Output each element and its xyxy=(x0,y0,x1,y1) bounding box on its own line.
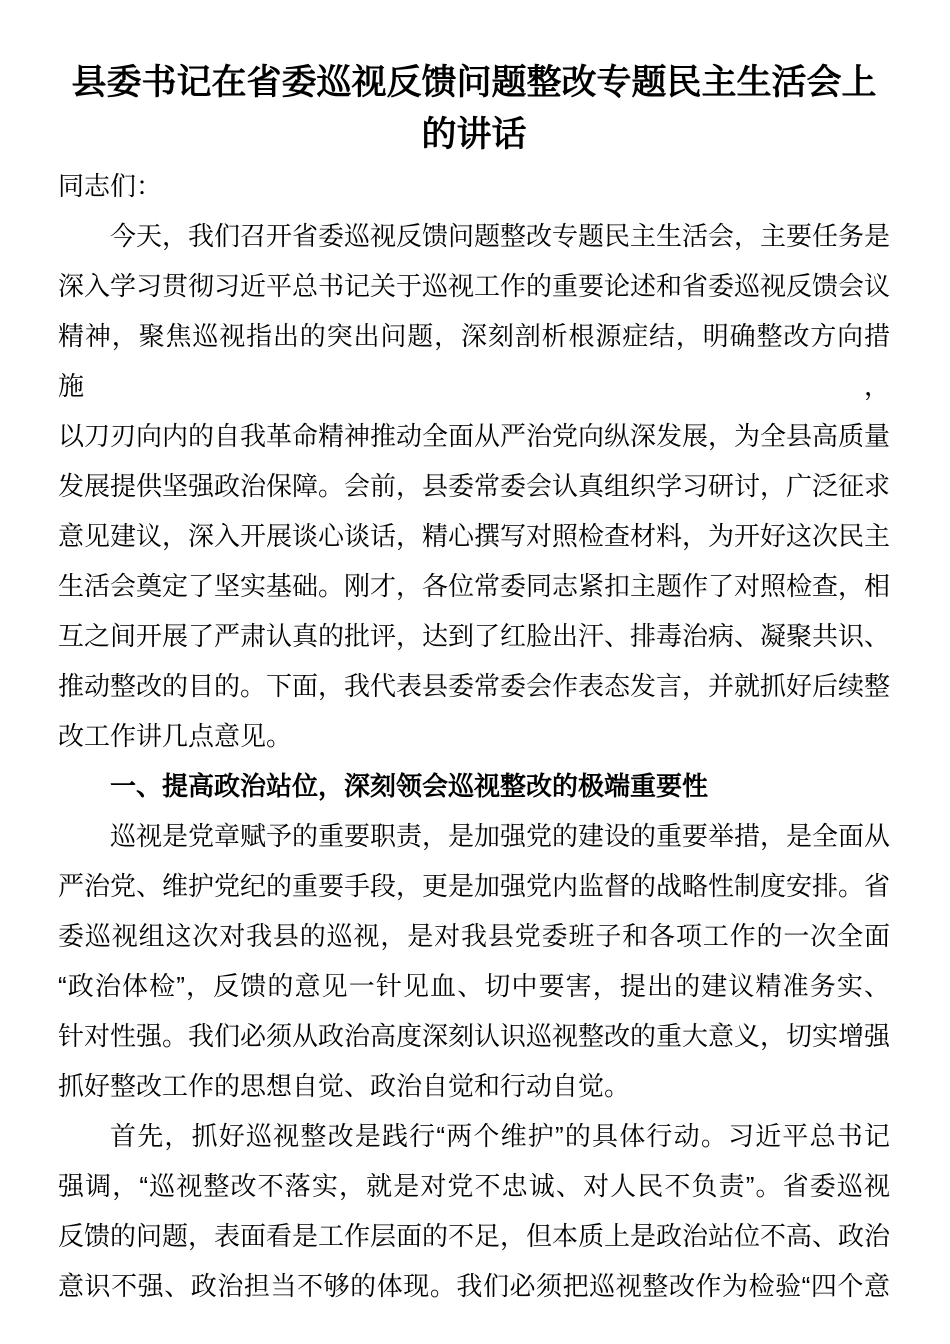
text-line: 首先，抓好巡视整改是践行“两个维护”的具体行动。习近平总书记 xyxy=(58,1111,890,1161)
text-line: 深入学习贯彻习近平总书记关于巡视工作的重要论述和省委巡视反馈会议 xyxy=(58,261,890,311)
document-title: 县委书记在省委巡视反馈问题整改专题民主生活会上的讲话 xyxy=(58,57,890,161)
text-line: 反馈的问题，表面看是工作层面的不足，但本质上是政治站位不高、政治 xyxy=(58,1211,890,1261)
text-line: 发展提供坚强政治保障。会前，县委常委会认真组织学习研讨，广泛征求 xyxy=(58,461,890,511)
section-heading-1: 一、提高政治站位，深刻领会巡视整改的极端重要性 xyxy=(58,761,890,811)
document-page: 县委书记在省委巡视反馈问题整改专题民主生活会上的讲话 同志们： 今天，我们召开省… xyxy=(0,0,950,1311)
text-line: 强调，“巡视整改不落实，就是对党不忠诚、对人民不负责”。省委巡视 xyxy=(58,1161,890,1211)
text-line: 改工作讲几点意见。 xyxy=(58,711,890,761)
text-line: 抓好整改工作的思想自觉、政治自觉和行动自觉。 xyxy=(58,1061,890,1111)
paragraph-section-body: 巡视是党章赋予的重要职责，是加强党的建设的重要举措，是全面从 严治党、维护党纪的… xyxy=(58,811,890,1111)
text-line: 针对性强。我们必须从政治高度深刻认识巡视整改的重大意义，切实增强 xyxy=(58,1011,890,1061)
text-line: 生活会奠定了坚实基础。刚才，各位常委同志紧扣主题作了对照检查，相 xyxy=(58,561,890,611)
text-line: 严治党、维护党纪的重要手段，更是加强党内监督的战略性制度安排。省 xyxy=(58,861,890,911)
text-line: “政治体检”，反馈的意见一针见血、切中要害，提出的建议精准务实、 xyxy=(58,961,890,1011)
text-line: 互之间开展了严肃认真的批评，达到了红脸出汗、排毒治病、凝聚共识、 xyxy=(58,611,890,661)
paragraph-firstly: 首先，抓好巡视整改是践行“两个维护”的具体行动。习近平总书记 强调，“巡视整改不… xyxy=(58,1111,890,1311)
text-line: 今天，我们召开省委巡视反馈问题整改专题民主生活会，主要任务是 xyxy=(58,211,890,261)
text-line: 推动整改的目的。下面，我代表县委常委会作表态发言，并就抓好后续整 xyxy=(58,661,890,711)
text-line: 精神，聚焦巡视指出的突出问题，深刻剖析根源症结，明确整改方向措施， xyxy=(58,311,890,411)
text-line: 委巡视组这次对我县的巡视，是对我县党委班子和各项工作的一次全面 xyxy=(58,911,890,961)
text-line: 意见建议，深入开展谈心谈话，精心撰写对照检查材料，为开好这次民主 xyxy=(58,511,890,561)
text-line: 巡视是党章赋予的重要职责，是加强党的建设的重要举措，是全面从 xyxy=(58,811,890,861)
salutation: 同志们： xyxy=(58,161,890,211)
text-line: 以刀刃向内的自我革命精神推动全面从严治党向纵深发展，为全县高质量 xyxy=(58,411,890,461)
paragraph-opening: 今天，我们召开省委巡视反馈问题整改专题民主生活会，主要任务是 深入学习贯彻习近平… xyxy=(58,211,890,761)
text-line: 意识不强、政治担当不够的体现。我们必须把巡视整改作为检验“四个意 xyxy=(58,1261,890,1311)
